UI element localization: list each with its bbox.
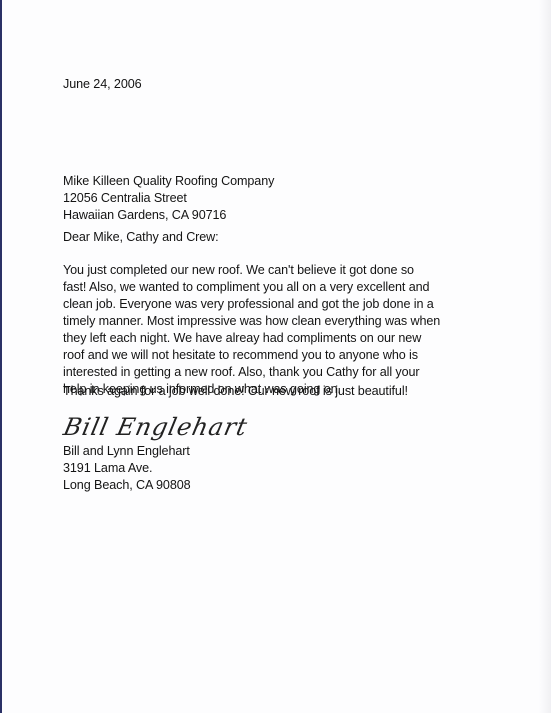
scan-shadow xyxy=(539,0,551,713)
letter-date: June 24, 2006 xyxy=(63,76,142,93)
letter-body: You just completed our new roof. We can'… xyxy=(63,262,440,398)
recipient-address: Mike Killeen Quality Roofing Company 120… xyxy=(63,173,274,224)
salutation: Dear Mike, Cathy and Crew: xyxy=(63,229,219,246)
recipient-line: 12056 Centralia Street xyxy=(63,190,274,207)
sender-line: 3191 Lama Ave. xyxy=(63,460,191,477)
body-line: interested in getting a new roof. Also, … xyxy=(63,364,440,381)
closing-line: Thanks again for a job well done! Our ne… xyxy=(63,383,408,400)
scan-edge xyxy=(0,0,2,713)
sender-line: Bill and Lynn Englehart xyxy=(63,443,191,460)
sender-address: Bill and Lynn Englehart 3191 Lama Ave. L… xyxy=(63,443,191,494)
sender-line: Long Beach, CA 90808 xyxy=(63,477,191,494)
body-line: they left each night. We have alreay had… xyxy=(63,330,440,347)
body-line: You just completed our new roof. We can'… xyxy=(63,262,440,279)
body-line: fast! Also, we wanted to compliment you … xyxy=(63,279,440,296)
handwritten-signature: Bill Englehart xyxy=(61,413,250,441)
recipient-line: Hawaiian Gardens, CA 90716 xyxy=(63,207,274,224)
recipient-line: Mike Killeen Quality Roofing Company xyxy=(63,173,274,190)
body-line: clean job. Everyone was very professiona… xyxy=(63,296,440,313)
body-line: timely manner. Most impressive was how c… xyxy=(63,313,440,330)
body-line: roof and we will not hesitate to recomme… xyxy=(63,347,440,364)
